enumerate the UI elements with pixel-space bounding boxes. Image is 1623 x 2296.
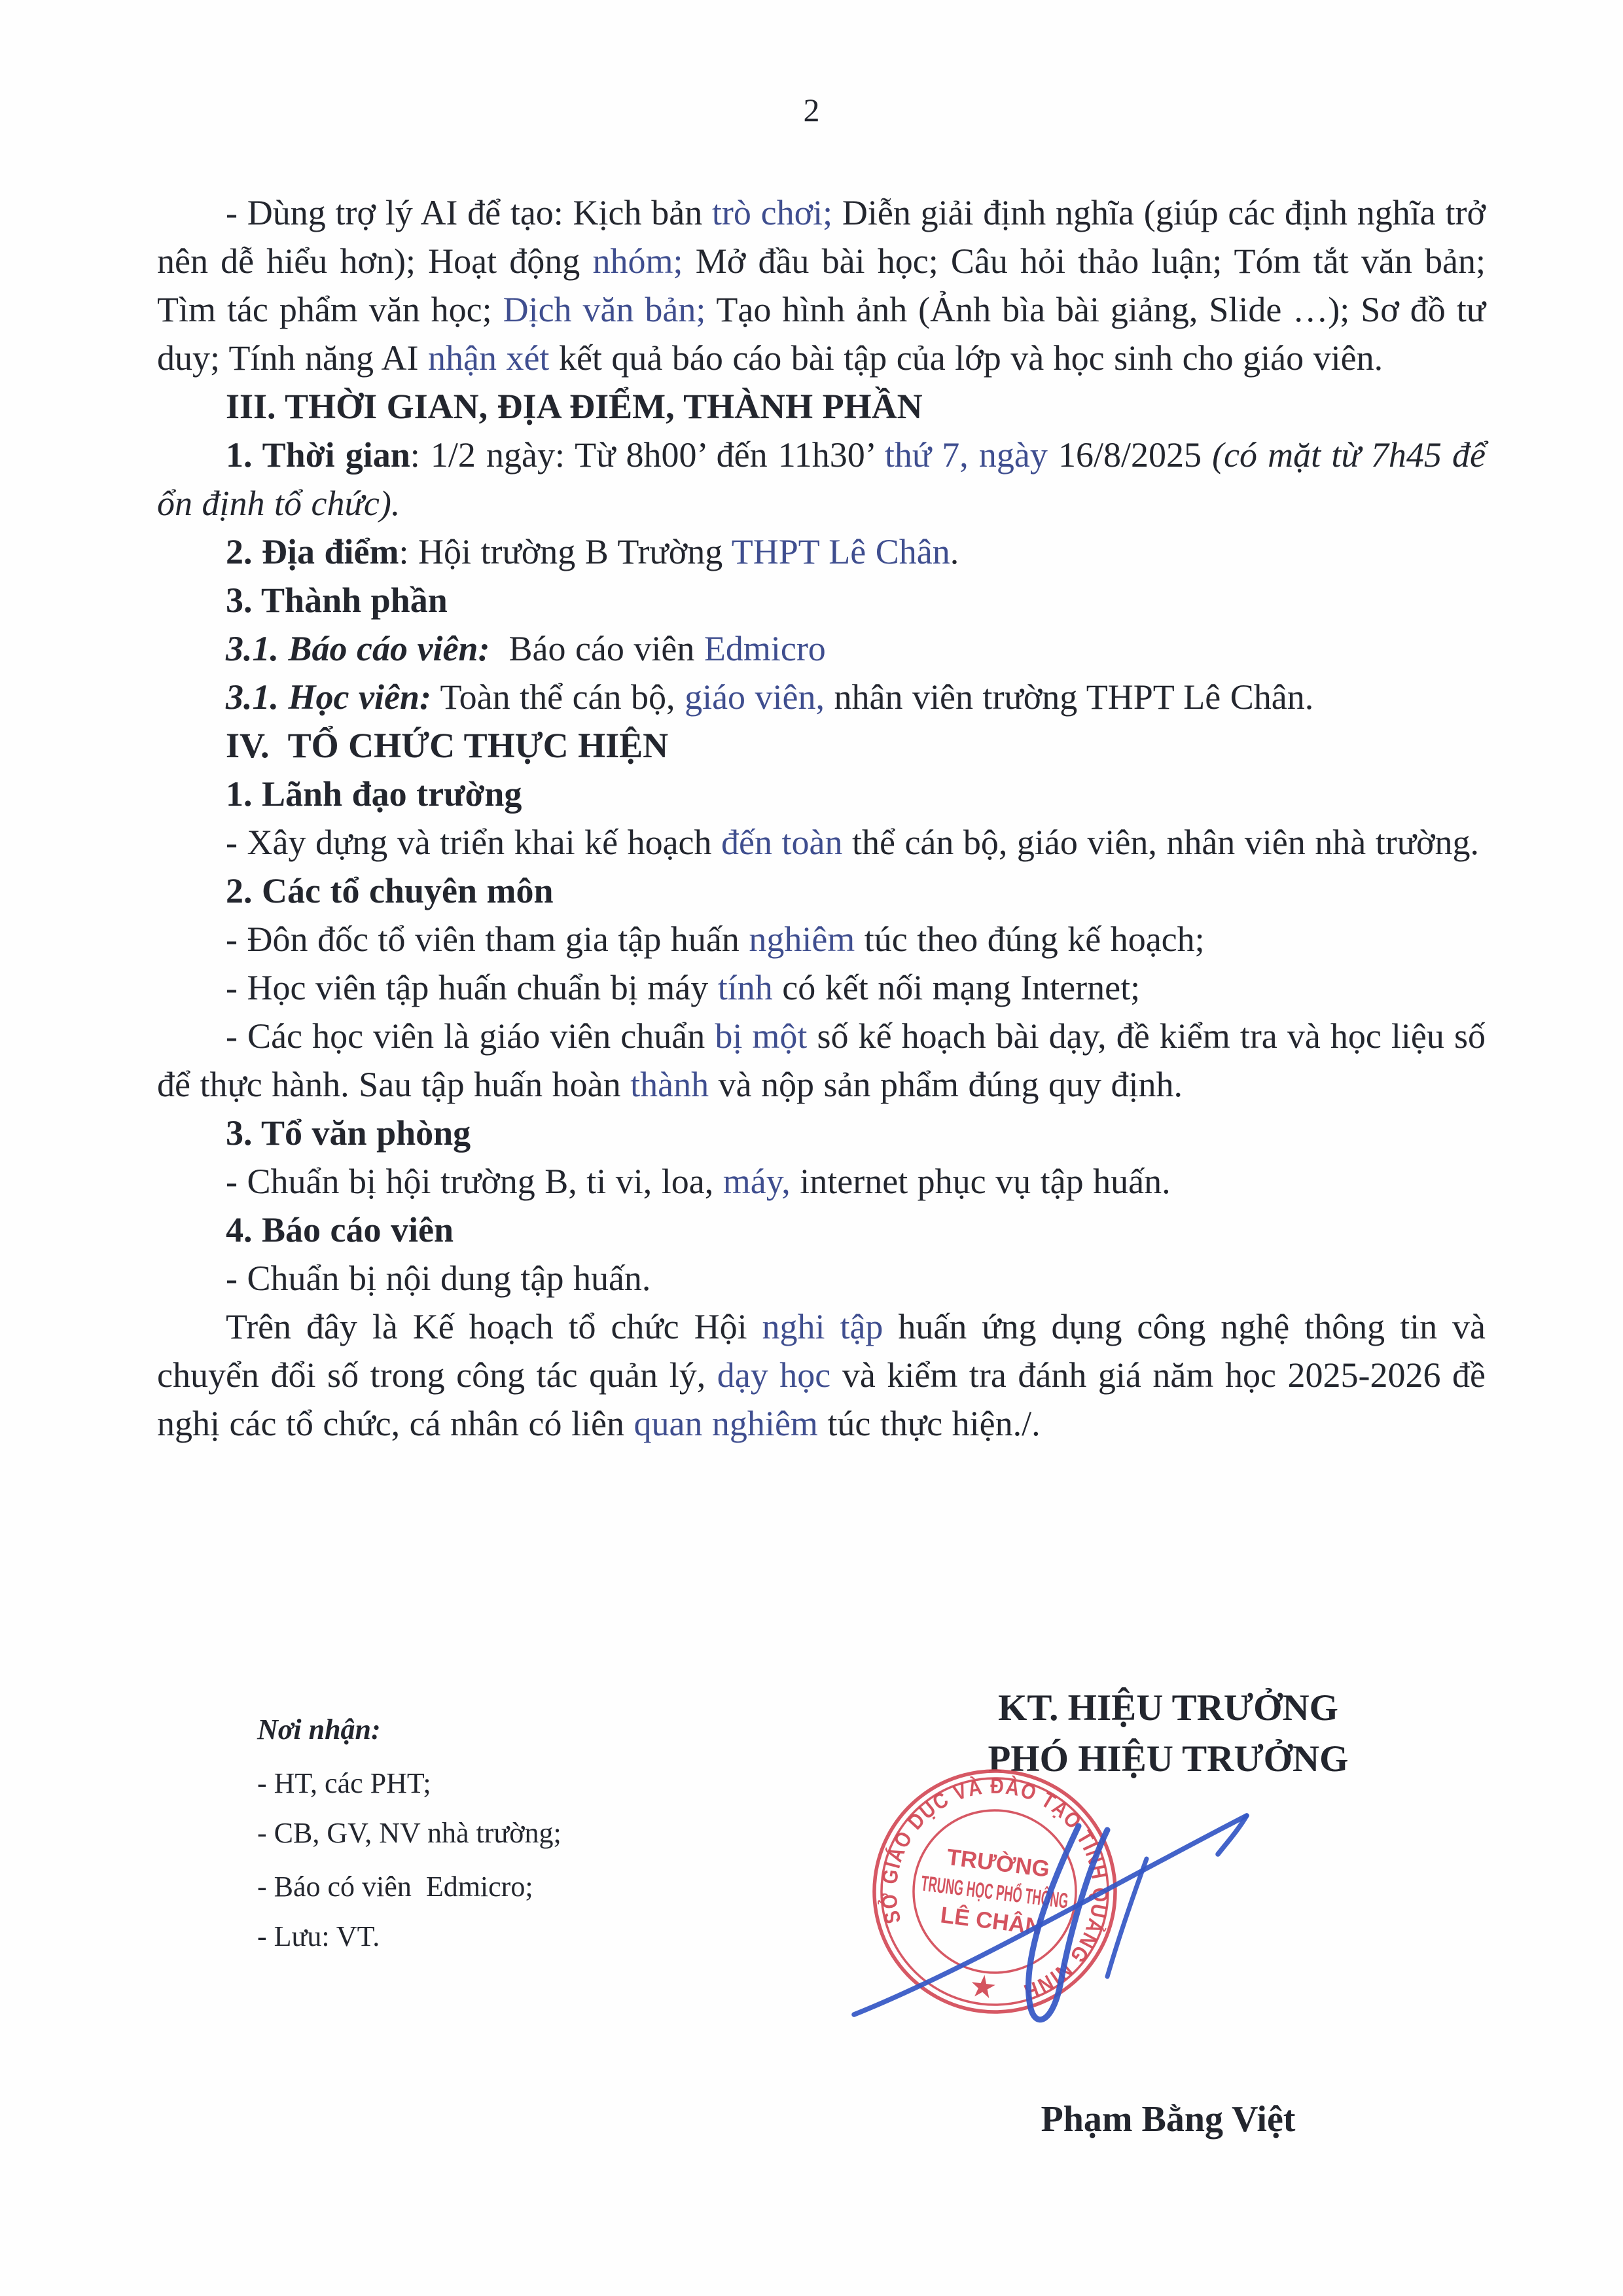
- list-item: - Báo có viên Edmicro;: [257, 1862, 846, 1912]
- text-segment: quan nghiêm: [633, 1404, 817, 1443]
- signer-name: Phạm Bằng Việt: [916, 2098, 1420, 2140]
- text-segment: nhận xét: [428, 338, 549, 378]
- paragraph-chuan-bi-noi-dung: - Chuẩn bị nội dung tập huấn.: [157, 1254, 1486, 1302]
- text-segment: : Hội trường B Trường: [399, 532, 732, 571]
- text-segment: .: [950, 532, 959, 571]
- list-item: - CB, GV, NV nhà trường;: [257, 1808, 846, 1858]
- item-thanh-phan: 3. Thành phần: [157, 576, 1486, 624]
- heading-section-iii: III. THỜI GIAN, ĐỊA ĐIỂM, THÀNH PHẦN: [157, 382, 1486, 431]
- text-segment: máy,: [723, 1162, 791, 1201]
- text-segment: - Chuẩn bị hội trường B, ti vi, loa,: [226, 1162, 723, 1201]
- recipients-block: Nơi nhận: - HT, các PHT; - CB, GV, NV nh…: [257, 1712, 846, 1962]
- paragraph-don-doc: - Đôn đốc tổ viên tham gia tập huấn nghi…: [157, 915, 1486, 963]
- text-segment: Toàn thể cán bộ,: [431, 677, 685, 717]
- paragraph-hoc-vien-may-tinh: - Học viên tập huấn chuẩn bị máy tính có…: [157, 963, 1486, 1012]
- paragraph-chuan-bi-hoi-truong: - Chuẩn bị hội trường B, ti vi, loa, máy…: [157, 1157, 1486, 1206]
- list-item: - HT, các PHT;: [257, 1759, 846, 1808]
- text-segment: có kết nối mạng Internet;: [773, 968, 1140, 1007]
- text-segment: : 1/2 ngày: Từ 8h00’ đến 11h30’: [410, 435, 885, 475]
- paragraph-ai-tools: - Dùng trợ lý AI để tạo: Kịch bản trò ch…: [157, 188, 1486, 382]
- text-segment: THPT Lê Chân: [732, 532, 950, 571]
- text-segment: kết quả báo cáo bài tập của lớp và học s…: [549, 338, 1383, 378]
- signature: [811, 1761, 1283, 2036]
- item-bao-cao-vien: 3.1. Báo cáo viên: Báo cáo viên Edmicro: [157, 624, 1486, 673]
- text-segment: nhân viên trường THPT Lê Chân.: [825, 677, 1313, 717]
- paragraph-cac-hoc-vien: - Các học viên là giáo viên chuẩn bị một…: [157, 1012, 1486, 1109]
- recipients-title: Nơi nhận:: [257, 1712, 846, 1748]
- heading-section-iv: IV. TỔ CHỨC THỰC HIỆN: [157, 721, 1486, 770]
- text-segment: Dịch văn bản;: [503, 290, 706, 329]
- text-segment: nghiêm: [749, 920, 855, 959]
- text-segment: giáo viên,: [685, 677, 825, 717]
- text-segment: - Xây dựng và triển khai kế hoạch: [226, 823, 721, 862]
- recipients-list: - HT, các PHT; - CB, GV, NV nhà trường; …: [257, 1759, 846, 1962]
- item-time: 1. Thời gian: 1/2 ngày: Từ 8h00’ đến 11h…: [157, 431, 1486, 528]
- text-segment: Trên đây là Kế hoạch tổ chức Hội: [226, 1307, 762, 1346]
- text-segment: - Học viên tập huấn chuẩn bị máy: [226, 968, 718, 1007]
- text-segment: thể cán bộ, giáo viên, nhân viên nhà trư…: [842, 823, 1479, 862]
- text-segment: túc thực hiện./.: [818, 1404, 1041, 1443]
- text-segment: 16/8/2025: [1048, 435, 1212, 475]
- text-segment: nghi tập: [762, 1307, 883, 1346]
- text-segment: thứ 7, ngày: [885, 435, 1048, 475]
- item-label: 1. Thời gian: [226, 435, 410, 475]
- text-segment: thành: [630, 1065, 709, 1104]
- document-body-text: - Dùng trợ lý AI để tạo: Kịch bản trò ch…: [157, 188, 1486, 1448]
- text-segment: Edmicro: [704, 629, 826, 668]
- text-segment: - Dùng trợ lý AI để tạo: Kịch bản: [226, 193, 712, 232]
- text-segment: dạy học: [717, 1355, 831, 1395]
- text-segment: đến toàn: [721, 823, 842, 862]
- text-segment: Báo cáo viên: [490, 629, 704, 668]
- text-segment: trò chơi;: [712, 193, 832, 232]
- list-item: - Lưu: VT.: [257, 1912, 846, 1962]
- text-segment: nhóm;: [593, 242, 683, 281]
- item-hoc-vien: 3.1. Học viên: Toàn thể cán bộ, giáo viê…: [157, 673, 1486, 721]
- text-segment: internet phục vụ tập huấn.: [791, 1162, 1171, 1201]
- item-bao-cao-vien-4: 4. Báo cáo viên: [157, 1206, 1486, 1254]
- item-lanh-dao-truong: 1. Lãnh đạo trường: [157, 770, 1486, 818]
- paragraph-closing: Trên đây là Kế hoạch tổ chức Hội nghi tậ…: [157, 1302, 1486, 1448]
- item-cac-to-chuyen-mon: 2. Các tổ chuyên môn: [157, 867, 1486, 915]
- item-label: 3.1. Học viên:: [226, 677, 431, 717]
- item-place: 2. Địa điểm: Hội trường B Trường THPT Lê…: [157, 528, 1486, 576]
- signing-authority-line: KT. HIỆU TRƯỞNG: [916, 1687, 1420, 1729]
- text-segment: bị một: [715, 1016, 807, 1056]
- text-segment: túc theo đúng kế hoạch;: [855, 920, 1204, 959]
- text-segment: và nộp sản phẩm đúng quy định.: [709, 1065, 1183, 1104]
- item-label: 2. Địa điểm: [226, 532, 399, 571]
- item-to-van-phong: 3. Tổ văn phòng: [157, 1109, 1486, 1157]
- text-segment: - Các học viên là giáo viên chuẩn: [226, 1016, 715, 1056]
- page-number: 2: [0, 90, 1623, 130]
- item-label: 3.1. Báo cáo viên:: [226, 629, 490, 668]
- scanned-document-page: 2 - Dùng trợ lý AI để tạo: Kịch bản trò …: [0, 0, 1623, 2296]
- text-segment: tính: [718, 968, 773, 1007]
- paragraph-xay-dung: - Xây dựng và triển khai kế hoạch đến to…: [157, 818, 1486, 867]
- text-segment: - Đôn đốc tổ viên tham gia tập huấn: [226, 920, 749, 959]
